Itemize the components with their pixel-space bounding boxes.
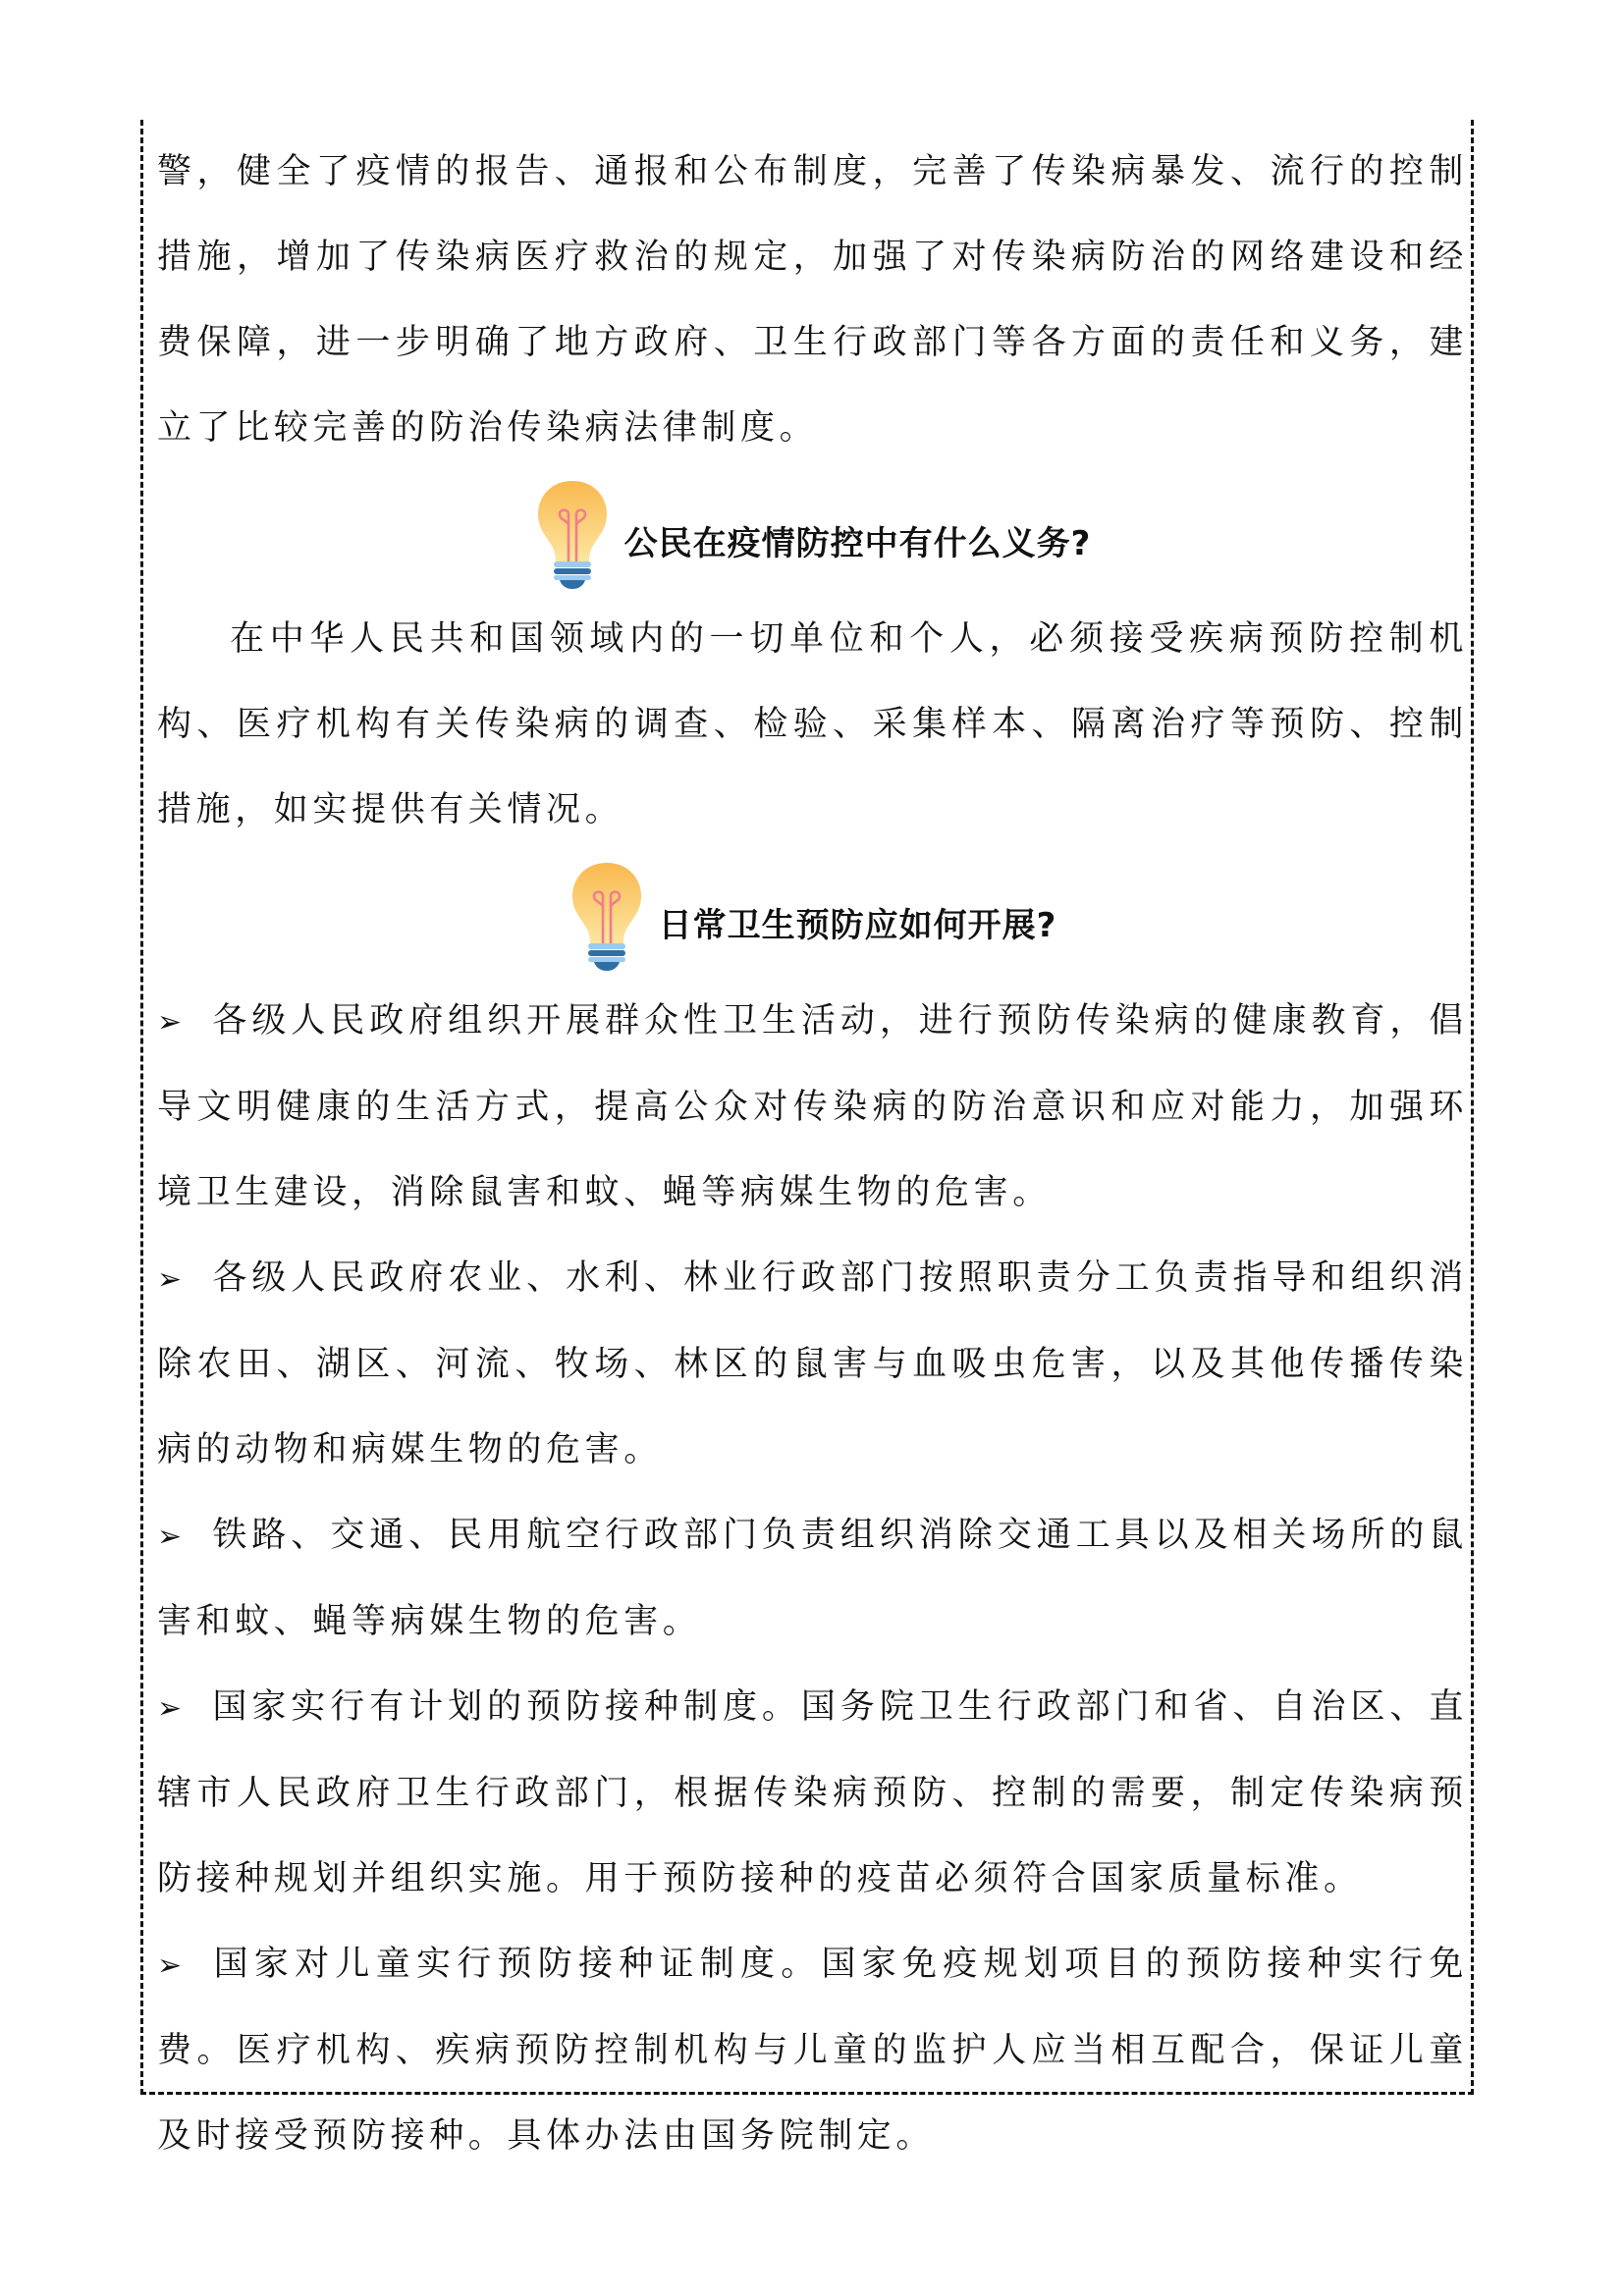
arrowhead-bullet-icon: ➢ — [157, 1237, 212, 1322]
bullet-item: ➢各级人民政府农业、水利、林业行政部门按照职责分工负责指导和组织消除农田、湖区、… — [157, 1236, 1468, 1493]
arrowhead-bullet-icon: ➢ — [157, 980, 212, 1065]
section-heading-citizen-obligations: 公民在疫情防控中有什么义务? — [157, 471, 1468, 597]
bullet-item: ➢各级人民政府组织开展群众性卫生活动，进行预防传染病的健康教育，倡导文明健康的生… — [157, 979, 1468, 1236]
bullet-text: 各级人民政府农业、水利、林业行政部门按照职责分工负责指导和组织消除农田、湖区、河… — [157, 1258, 1468, 1469]
lightbulb-icon — [534, 477, 611, 591]
document-content: 警，健全了疫情的报告、通报和公布制度，完善了传染病暴发、流行的控制措施，增加了传… — [157, 130, 1468, 2179]
bullet-item: ➢铁路、交通、民用航空行政部门负责组织消除交通工具以及相关场所的鼠害和蚊、蝇等病… — [157, 1493, 1468, 1665]
section-heading-daily-prevention: 日常卫生预防应如何开展? — [157, 853, 1468, 979]
arrowhead-bullet-icon: ➢ — [157, 1666, 212, 1751]
section-heading-text: 日常卫生预防应如何开展? — [659, 886, 1057, 946]
bullet-item: ➢国家实行有计划的预防接种制度。国务院卫生行政部门和省、自治区、直辖市人民政府卫… — [157, 1665, 1468, 1922]
section-heading-text: 公民在疫情防控中有什么义务? — [624, 505, 1092, 564]
intro-paragraph: 警，健全了疫情的报告、通报和公布制度，完善了传染病暴发、流行的控制措施，增加了传… — [157, 130, 1468, 471]
arrowhead-bullet-icon: ➢ — [157, 1494, 212, 1579]
arrowhead-bullet-icon: ➢ — [157, 1923, 212, 2008]
bullet-text: 国家实行有计划的预防接种制度。国务院卫生行政部门和省、自治区、直辖市人民政府卫生… — [157, 1687, 1468, 1898]
bullet-text: 各级人民政府组织开展群众性卫生活动，进行预防传染病的健康教育，倡导文明健康的生活… — [157, 1001, 1468, 1212]
bullet-text: 铁路、交通、民用航空行政部门负责组织消除交通工具以及相关场所的鼠害和蚊、蝇等病媒… — [157, 1516, 1468, 1641]
section-paragraph: 在中华人民共和国领域内的一切单位和个人，必须接受疾病预防控制机构、医疗机构有关传… — [157, 597, 1468, 853]
bullet-text: 国家对儿童实行预防接种证制度。国家免疫规划项目的预防接种实行免费。医疗机构、疾病… — [157, 1945, 1468, 2156]
bullet-item: ➢国家对儿童实行预防接种证制度。国家免疫规划项目的预防接种实行免费。医疗机构、疾… — [157, 1922, 1468, 2179]
lightbulb-icon — [568, 859, 645, 973]
